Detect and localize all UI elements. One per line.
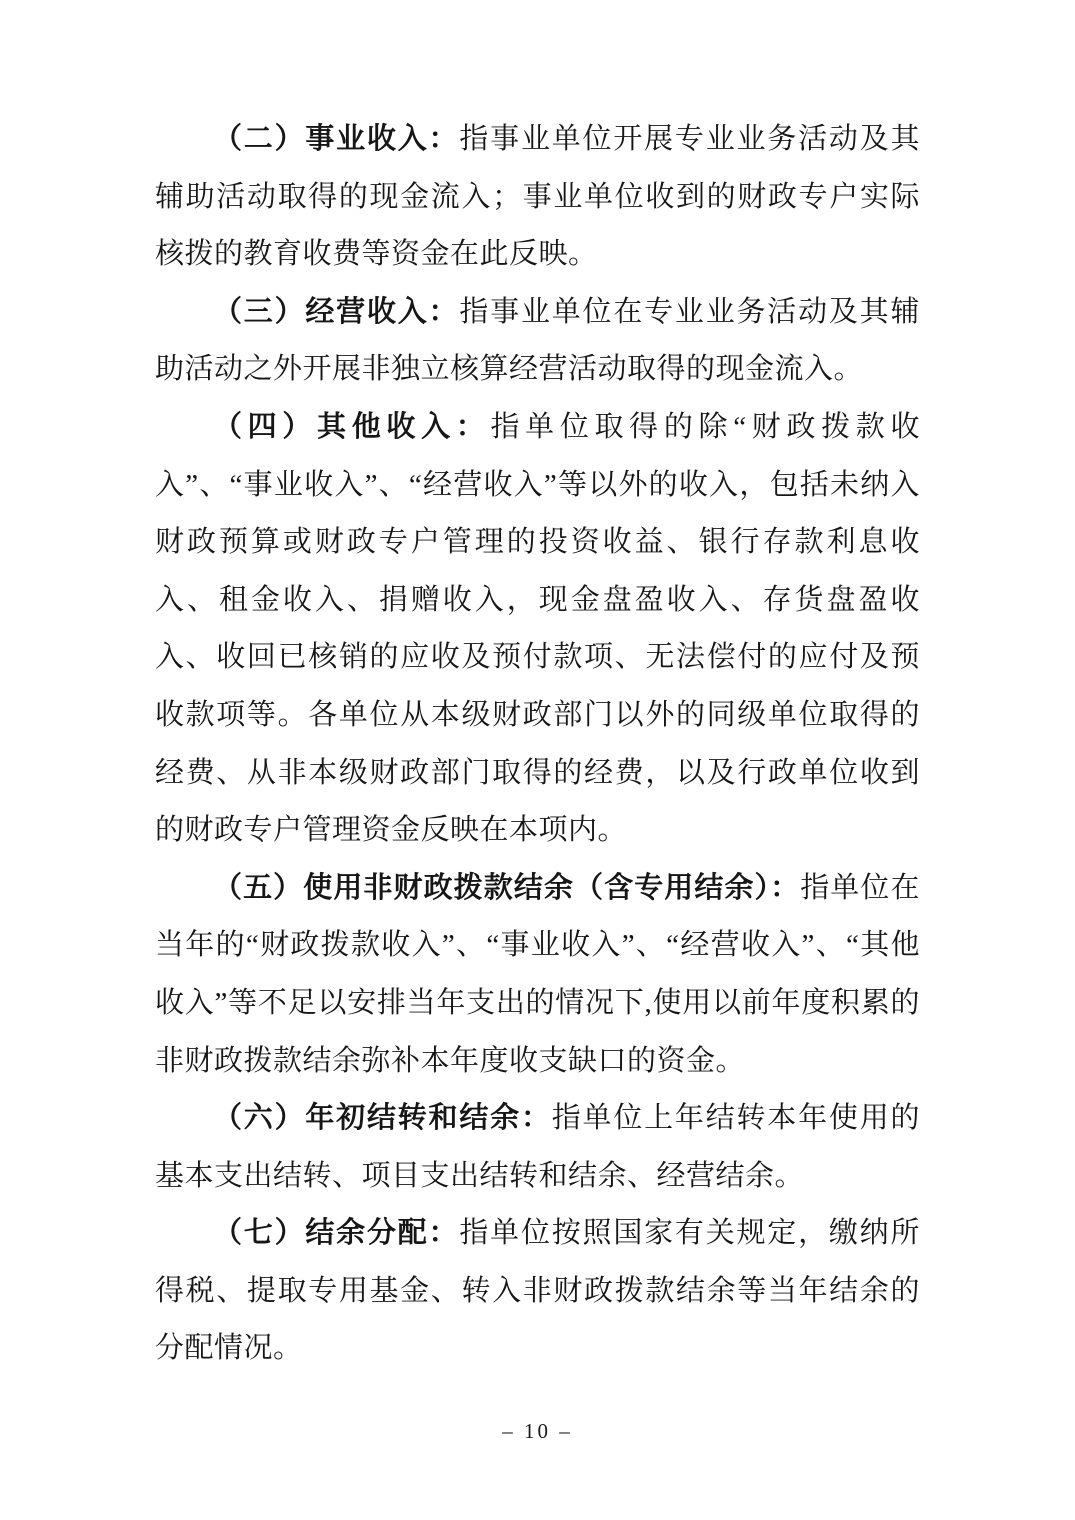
paragraph-carryover-and-balance: （六）年初结转和结余：指单位上年结转本年使用的基本支出结转、项目支出结转和结余、… xyxy=(155,1090,920,1205)
paragraph-use-of-non-fiscal-balance: （五）使用非财政拨款结余（含专用结余）：指单位在当年的“财政拨款收入”、“事业收… xyxy=(155,860,920,1090)
paragraph-heading: （二）事业收入： xyxy=(213,123,459,155)
paragraph-operating-income: （三）经营收入：指事业单位在专业业务活动及其辅助活动之外开展非独立核算经营活动取… xyxy=(155,284,920,399)
paragraph-heading: （五）使用非财政拨款结余（含专用结余）： xyxy=(213,872,800,904)
document-body: （二）事业收入：指事业单位开展专业业务活动及其辅助活动取得的现金流入；事业单位收… xyxy=(155,111,920,1378)
page-number: – 10 – xyxy=(0,1419,1075,1444)
paragraph-heading: （六）年初结转和结余： xyxy=(213,1102,552,1134)
paragraph-text: 指单位取得的除“财政拨款收入”、“事业收入”、“经营收入”等以外的收入，包括未纳… xyxy=(155,411,920,846)
paragraph-heading: （四）其他收入： xyxy=(213,411,490,443)
document-page: （二）事业收入：指事业单位开展专业业务活动及其辅助活动取得的现金流入；事业单位收… xyxy=(0,0,1075,1520)
paragraph-business-income: （二）事业收入：指事业单位开展专业业务活动及其辅助活动取得的现金流入；事业单位收… xyxy=(155,111,920,284)
paragraph-heading: （七）结余分配： xyxy=(213,1217,459,1249)
paragraph-balance-distribution: （七）结余分配：指单位按照国家有关规定，缴纳所得税、提取专用基金、转入非财政拨款… xyxy=(155,1205,920,1378)
paragraph-other-income: （四）其他收入：指单位取得的除“财政拨款收入”、“事业收入”、“经营收入”等以外… xyxy=(155,399,920,860)
paragraph-heading: （三）经营收入： xyxy=(213,296,459,328)
